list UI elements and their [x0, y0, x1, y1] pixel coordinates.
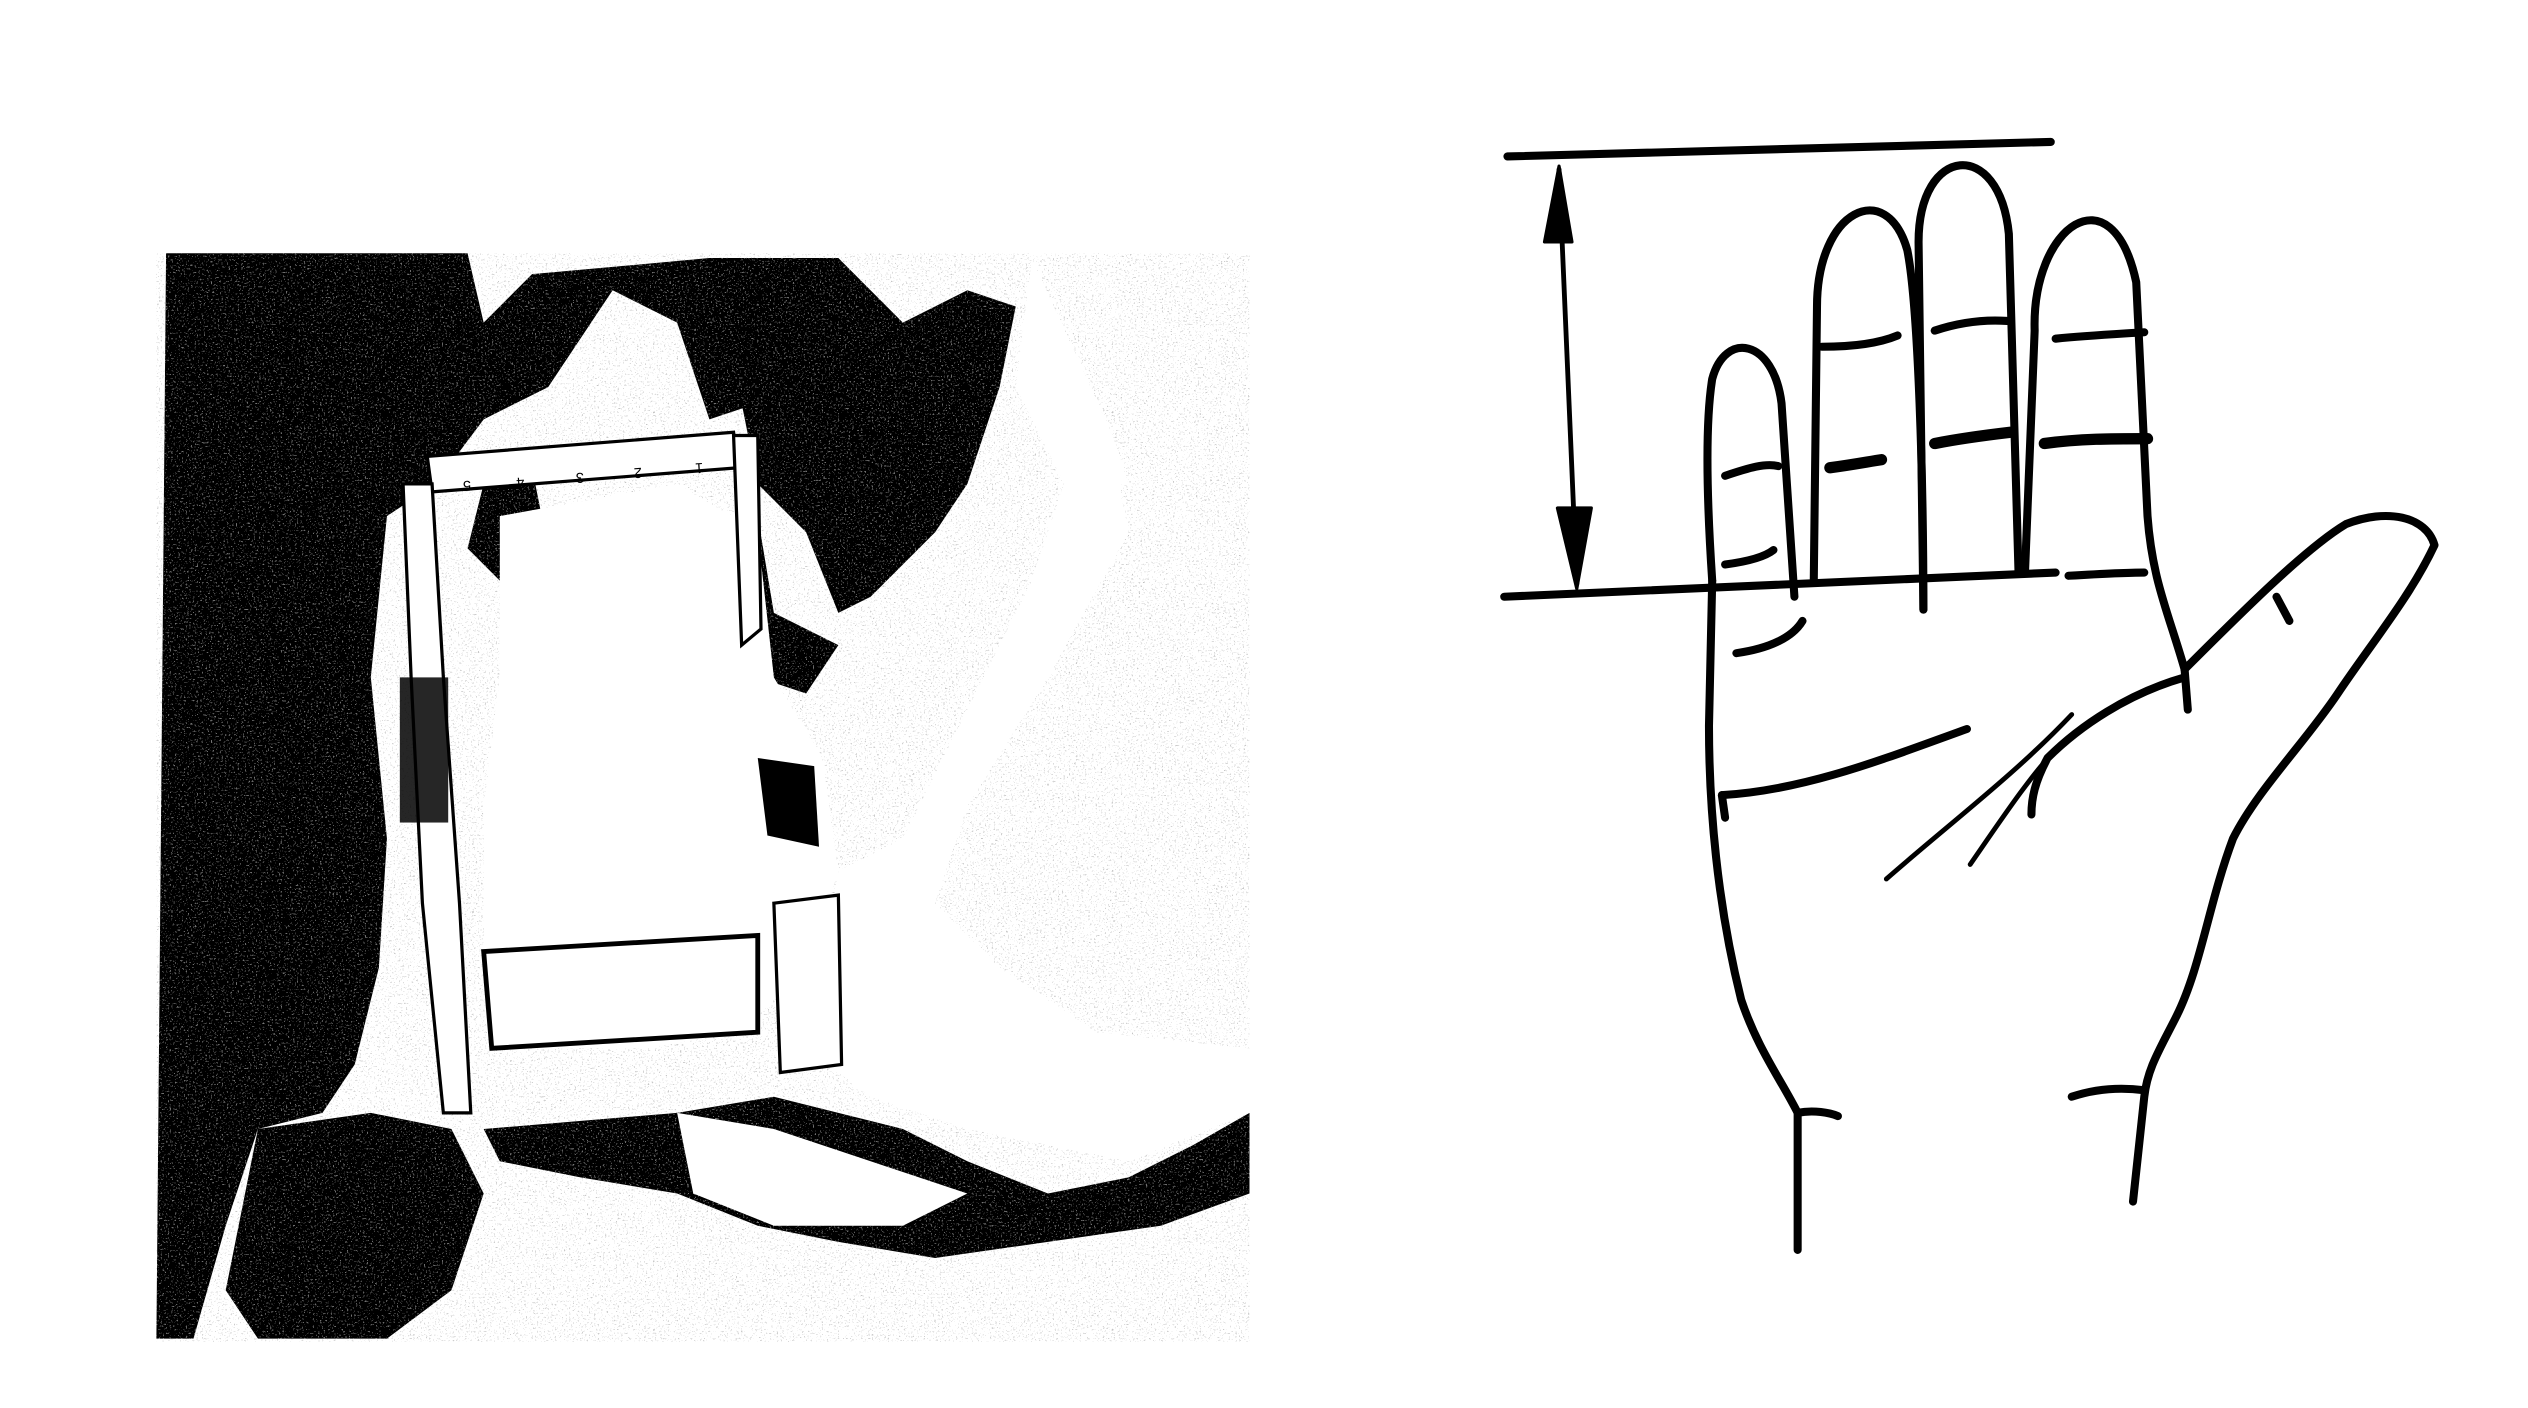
svg-text:2: 2 [633, 464, 642, 481]
hand-measurement-figure: 5 4 3 2 1 [0, 0, 2528, 1408]
bottom-reference-line [1504, 573, 2055, 597]
arrow-down-icon [1557, 508, 1591, 589]
palm-crease-heart [1722, 729, 1967, 795]
svg-text:5: 5 [462, 477, 471, 494]
svg-text:3: 3 [575, 469, 584, 486]
ring-finger [1814, 210, 1924, 609]
palm-outline-left [1709, 581, 1798, 1250]
caliper-photo: 5 4 3 2 1 [156, 253, 1249, 1342]
svg-text:1: 1 [695, 459, 704, 476]
svg-text:4: 4 [516, 473, 525, 490]
top-reference-line [1507, 142, 2050, 157]
middle-finger [1919, 165, 2019, 609]
palm-crease-life [2031, 677, 2184, 814]
arrow-up-icon [1545, 166, 1572, 242]
hand-diagram [1504, 142, 2434, 1250]
